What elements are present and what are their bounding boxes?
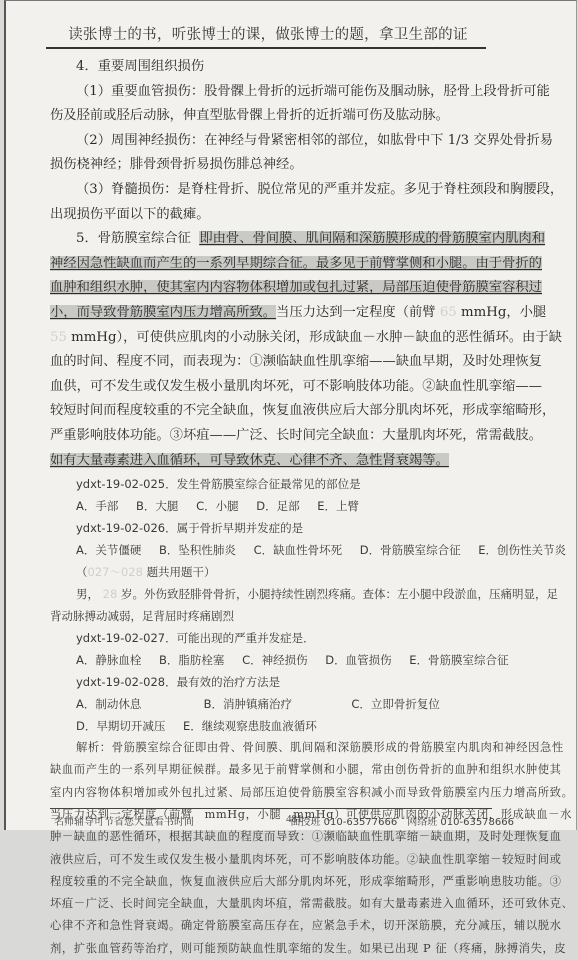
paragraph-line: 伤及胫前或胫后动脉，伸直型肱骨髁上骨折的近折端可伤及肱动脉。 [50, 104, 492, 129]
faint-value: 28 [103, 587, 118, 601]
option: C．小腿 [196, 495, 239, 517]
shared-stem-range: （027～028 题共用题干） [50, 561, 492, 583]
faint-value: 027～028 [88, 565, 143, 579]
option: A．关节僵硬 [76, 539, 141, 561]
paragraph-line: （1）重要血管损伤：股骨髁上骨折的远折端可能伤及腘动脉，胫骨上段骨折可能 [50, 80, 492, 105]
text: 题共用题干） [147, 565, 216, 579]
option: D．早期切开减压 [76, 715, 165, 737]
question-options: D．早期切开减压 E．继续观察患肢血液循环 [50, 715, 492, 737]
highlighted-text: 血肿和组织水肿，使其室内内容物体积增加或包扎过紧，局部压迫使骨筋膜室容积过 [50, 280, 542, 295]
footer-contact: 面授班 010-63577666 网络班 010-63578666 [290, 813, 514, 828]
section-heading: 4．重要周围组织损伤 [50, 55, 492, 80]
text: 当压力达到一定程度（前臂 [276, 305, 436, 320]
book-page: 读张博士的书，听张博士的课，做张博士的题，拿卫生部的证 4．重要周围组织损伤 （… [4, 0, 577, 829]
question-options: A．制动休息 B．消肿镇痛治疗 C．立即骨折复位 [50, 693, 492, 715]
option: B．消肿镇痛治疗 [204, 693, 334, 715]
paragraph-line: 神经因急性缺血而产生的一系列早期综合征。最多见于前臂掌侧和小腿。由于骨折的 [50, 252, 492, 277]
paragraph-line: 严重影响肢体功能。③坏疽——广泛、长时间完全缺血：大量肌肉坏死，常需截肢。 [50, 424, 492, 449]
option: D．足部 [256, 495, 299, 517]
text: （ [76, 565, 88, 579]
footer-slogan: 名师辅导可节省您大量看书时间 [54, 813, 194, 828]
paragraph-line: 较短时间而程度较重的不完全缺血，恢复血液供应后大部分肌肉坏死，形成挛缩畸形， [50, 399, 492, 424]
paragraph-line: 血的时间、程度不同，而表现为：①濒临缺血性肌挛缩——缺血早期，及时处理恢复 [50, 350, 492, 375]
text: 男， [76, 587, 99, 601]
option: A．手部 [76, 495, 118, 517]
paragraph-line: 55 mmHg），可使供应肌肉的小动脉关闭，形成缺血－水肿－缺血的恶性循环。由于… [50, 326, 492, 351]
option: D．血管损伤 [325, 649, 391, 671]
paragraph-line: （3）脊髓损伤：是脊柱骨折、脱位常见的严重并发症。多见于脊柱颈段和胸腰段， [50, 178, 492, 203]
page-header: 读张博士的书，听张博士的课，做张博士的题，拿卫生部的证 [50, 23, 486, 44]
case-text: 背动脉搏动减弱，足背屈时疼痛剧烈 [50, 605, 492, 627]
option: E．继续观察患肢血液循环 [183, 715, 317, 737]
explanation-line: 室内内容物体积增加或外包扎过紧、局部压迫使骨筋膜室容积减小而导致骨筋膜室内压力增… [50, 782, 492, 804]
question-options: A．静脉血栓 B．脂肪栓塞 C．神经损伤 D．血管损伤 E．骨筋膜室综合征 [50, 649, 492, 671]
question-id: ydxt-19-02-028． [76, 675, 177, 689]
option: B．坠积性肺炎 [159, 539, 236, 561]
option: B．脂肪栓塞 [159, 649, 224, 671]
option: B．大腿 [136, 495, 178, 517]
text: mmHg，小腿 [461, 305, 546, 320]
case-text: 男， 28 岁。外伤致胫腓骨骨折，小腿持续性剧烈疼痛。查体：左小腿中段淤血，压痛… [50, 583, 492, 605]
option: C．缺血性骨坏死 [254, 539, 343, 561]
question-stem: ydxt-19-02-028．最有效的治疗方法是 [50, 671, 492, 693]
header-divider [46, 47, 486, 49]
option: C．神经损伤 [242, 649, 308, 671]
paragraph-line: 如有大量毒素进入血循环，可导致休克、心律不齐、急性肾衰竭等。 [50, 449, 492, 474]
question-options: A．关节僵硬 B．坠积性肺炎 C．缺血性骨坏死 D．骨筋膜室综合征 E．创伤性关… [50, 539, 492, 561]
paragraph-line: 血肿和组织水肿，使其室内内容物体积增加或包扎过紧，局部压迫使骨筋膜室容积过 [50, 276, 492, 301]
question-stem: ydxt-19-02-025．发生骨筋膜室综合征最常见的部位是 [50, 473, 492, 495]
question-stem: ydxt-19-02-027．可能出现的严重并发症是． [50, 627, 492, 649]
paragraph-line: 出现损伤平面以下的截瘫。 [50, 203, 492, 228]
option: A．制动休息 [76, 693, 186, 715]
question-text: 发生骨筋膜室综合征最常见的部位是 [177, 477, 361, 491]
page-content: 4．重要周围组织损伤 （1）重要血管损伤：股骨髁上骨折的远折端可能伤及腘动脉，胫… [50, 55, 492, 829]
explanation-line: 解析：骨筋膜室综合征即由骨、骨间膜、肌间隔和深筋膜形成的骨筋膜室内肌肉和神经因急… [50, 737, 492, 759]
highlighted-text: 小，而导致骨筋膜室内压力增高所致。 [50, 305, 276, 320]
faint-value: 55 [50, 330, 67, 345]
question-text: 最有效的治疗方法是 [177, 675, 281, 689]
paragraph-line: （2）周围神经损伤：在神经与骨紧密相邻的部位，如肱骨中下 1/3 交界处骨折易 [50, 129, 492, 154]
section-heading: 5．骨筋膜室综合征 [76, 231, 191, 246]
option: C．立即骨折复位 [351, 693, 440, 715]
section-heading-line: 5．骨筋膜室综合征 即由骨、骨间膜、肌间隔和深筋膜形成的骨筋膜室内肌肉和 [50, 227, 492, 252]
option: E．骨筋膜室综合征 [409, 649, 508, 671]
question-text: 可能出现的严重并发症是． [177, 631, 315, 645]
text: mmHg），可使供应肌肉的小动脉关闭，形成缺血－水肿－缺血的恶性循环。由于缺 [71, 330, 562, 345]
highlighted-text: 如有大量毒素进入血循环，可导致休克、心律不齐、急性肾衰竭等。 [50, 453, 449, 468]
paragraph-line: 小，而导致骨筋膜室内压力增高所致。当压力达到一定程度（前臂 65 mmHg，小腿 [50, 301, 492, 326]
question-id: ydxt-19-02-025． [76, 477, 177, 491]
option: E．上臂 [317, 495, 359, 517]
text: 岁。外伤致胫腓骨骨折，小腿持续性剧烈疼痛。查体：左小腿中段淤血，压痛明显，足 [121, 587, 558, 601]
highlighted-text: 即由骨、骨间膜、肌间隔和深筋膜形成的骨筋膜室内肌肉和 [199, 231, 545, 246]
question-id: ydxt-19-02-027． [76, 631, 177, 645]
option: D．骨筋膜室综合征 [360, 539, 461, 561]
explanation-line: 缺血而产生的一系列早期征候群。最多见于前臂掌侧和小腿，常由创伤骨折的血肿和组织水… [50, 759, 492, 781]
faint-value: 65 [440, 305, 457, 320]
paragraph-line: 血供，可不发生或仅发生极小量肌肉坏死，可不影响肢体功能。②缺血性肌挛缩—— [50, 375, 492, 400]
highlighted-text: 神经因急性缺血而产生的一系列早期综合征。最多见于前臂掌侧和小腿。由于骨折的 [50, 256, 542, 271]
question-id: ydxt-19-02-026． [76, 521, 177, 535]
question-stem: ydxt-19-02-026．属于骨折早期并发症的是 [50, 517, 492, 539]
footer-divider [50, 808, 492, 809]
option: E．创伤性关节炎 [478, 539, 566, 561]
paragraph-line: 损伤桡神经；腓骨颈骨折易损伤腓总神经。 [50, 153, 492, 178]
option: A．静脉血栓 [76, 649, 141, 671]
question-options: A．手部 B．大腿 C．小腿 D．足部 E．上臂 [50, 495, 492, 517]
question-text: 属于骨折早期并发症的是 [177, 521, 304, 535]
